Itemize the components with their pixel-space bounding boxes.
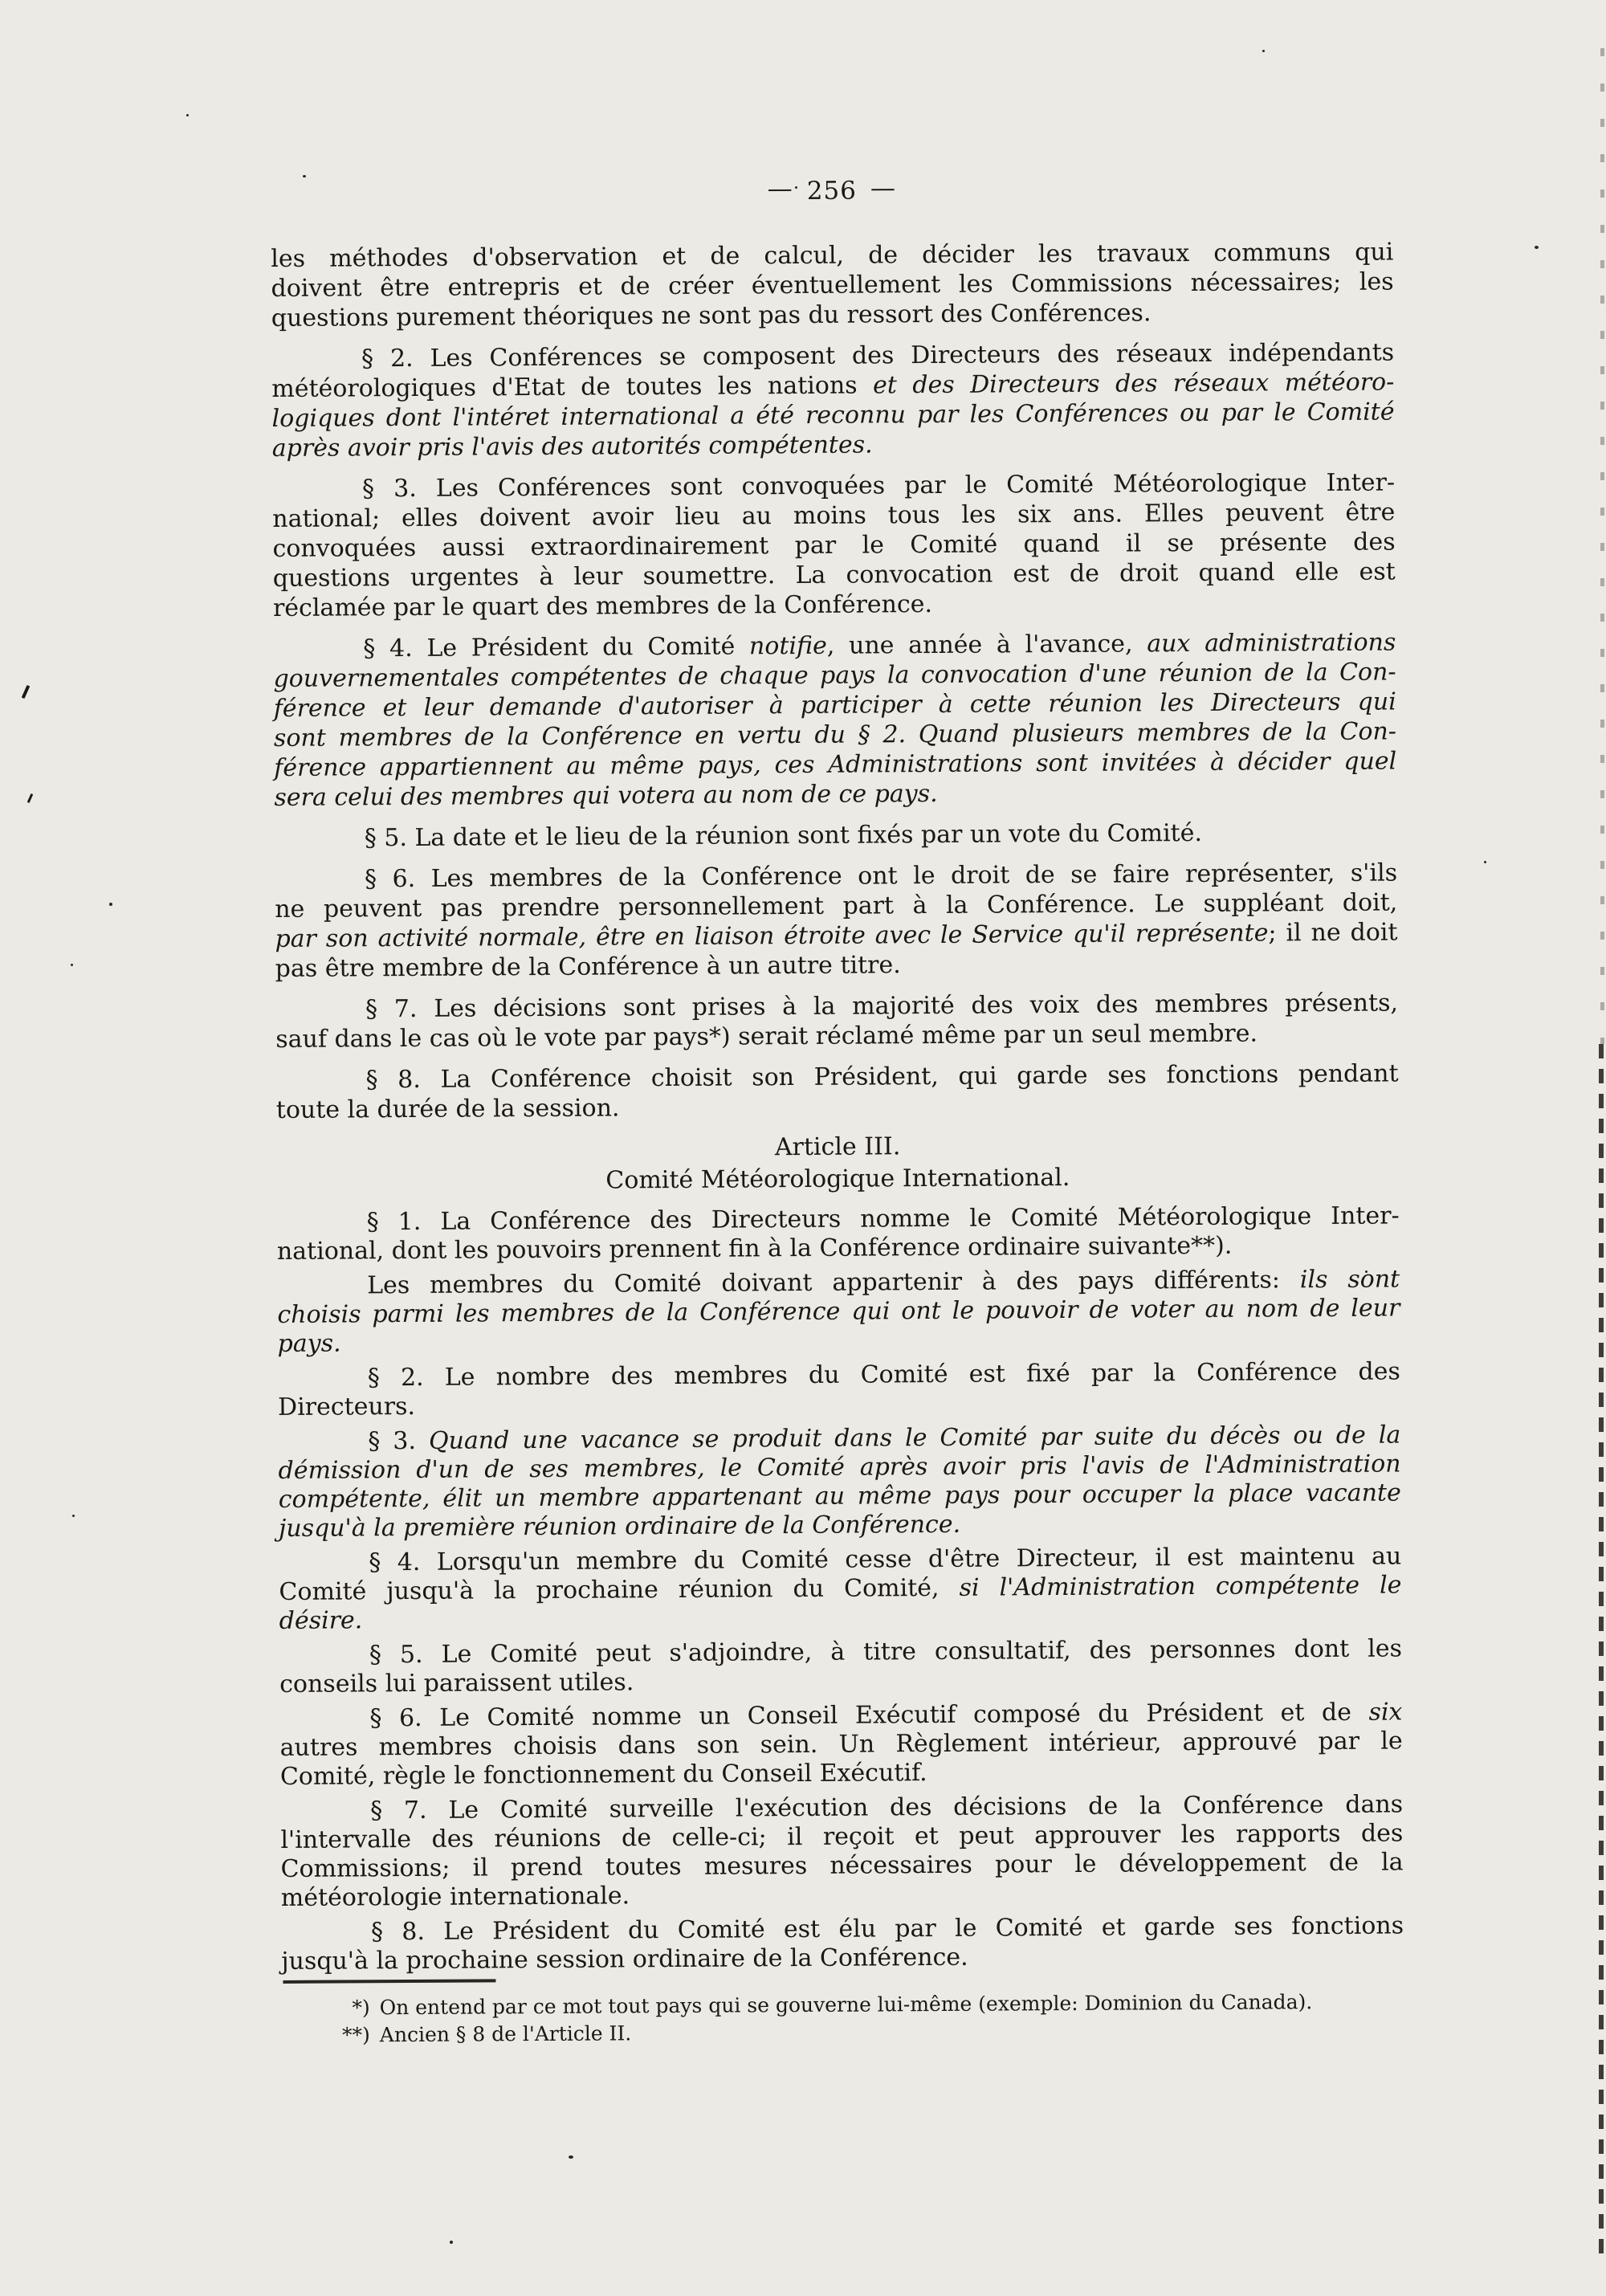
paragraph-art2-s6: § 6. Les membres de la Conférence ont le… — [275, 858, 1398, 984]
roman-text-run: toute la durée de la session. — [276, 1094, 620, 1124]
roman-text-run: § 8. La Conférence choisit son Président… — [365, 1059, 1398, 1094]
italic-text-run: Quand une vacance se produit dans le Com… — [429, 1421, 1401, 1454]
page-skew-wrapper: —256— les méthodes d'observation et de c… — [0, 0, 1606, 2296]
scan-speck — [1484, 861, 1486, 863]
text-line: jusqu'à la prochaine session ordinaire d… — [281, 1940, 1404, 1976]
document-body: les méthodes d'observation et de calcul,… — [271, 237, 1404, 1981]
text-line: toute la durée de la session. — [276, 1088, 1399, 1125]
scan-speck — [303, 175, 306, 177]
paragraph-art2-s2: § 2. Les Conférences se composent des Di… — [271, 337, 1395, 463]
paragraph-art3-s4: § 4. Lorsqu'un membre du Comité cesse d'… — [279, 1542, 1402, 1636]
roman-text-run: § 8. Le Président du Comité est élu par … — [371, 1911, 1404, 1946]
roman-text-run: § 5. La date et le lieu de la réunion so… — [365, 819, 1202, 852]
paragraph-art3-s6: § 6. Le Comité nomme un Conseil Exécutif… — [279, 1698, 1403, 1792]
scan-speck — [72, 1515, 75, 1517]
roman-text-run: sauf dans le cas où le vote par pays*) s… — [275, 1020, 1257, 1054]
text-line: après avoir pris l'avis des autorités co… — [272, 426, 1395, 463]
roman-text-run: Comité, règle le fonctionnement du Conse… — [280, 1759, 927, 1791]
italic-text-run: jusqu'à la première réunion ordinaire de… — [279, 1511, 960, 1543]
text-line: questions purement théoriques ne sont pa… — [271, 296, 1394, 333]
roman-text-run: autres membres choisis dans son sein. Un… — [280, 1727, 1403, 1762]
footnote-text: Ancien § 8 de l'Article II. — [380, 2021, 632, 2046]
italic-text-run: désire. — [279, 1606, 363, 1635]
roman-text-run: ; il ne doit — [1268, 918, 1397, 947]
article-heading: Article III.Comité Météorologique Intern… — [276, 1129, 1399, 1197]
page-number-dash-right: — — [870, 173, 896, 202]
text-line: sera celui des membres qui votera au nom… — [274, 776, 1396, 813]
article-title: Article III. — [276, 1129, 1399, 1165]
paragraph-art2-s5: § 5. La date et le lieu de la réunion so… — [275, 817, 1397, 854]
paragraph-art3-s3: § 3. Quand une vacance se produit dans l… — [278, 1421, 1401, 1544]
roman-text-run: § 4. Le Président du Comité — [363, 632, 749, 663]
italic-text-run: si l'Administration compétente le — [959, 1571, 1401, 1601]
italic-text-run: férence appartiennent au même pays, ces … — [274, 747, 1396, 782]
paragraph-art2-s3: § 3. Les Conférences sont convoquées par… — [272, 467, 1396, 623]
paragraph-art2-s8: § 8. La Conférence choisit son Président… — [275, 1058, 1398, 1125]
roman-text-run: § 3. — [368, 1427, 429, 1455]
roman-text-run: météorologiques d'Etat de toutes les nat… — [271, 371, 873, 403]
paragraph-art3-s1: § 1. La Conférence des Directeurs nomme … — [277, 1201, 1400, 1266]
italic-text-run: aux administrations — [1147, 628, 1396, 658]
paragraph-art2-continuation: les méthodes d'observation et de calcul,… — [271, 237, 1394, 333]
paragraph-art3-s2: § 2. Le nombre des membres du Comité est… — [278, 1357, 1400, 1422]
page-number-dash-left: — — [768, 174, 793, 203]
paragraph-art3-s8: § 8. Le Président du Comité est élu par … — [281, 1911, 1404, 1976]
text-line: sauf dans le cas où le vote par pays*) s… — [275, 1017, 1398, 1054]
italic-text-run: sera celui des membres qui votera au nom… — [274, 780, 937, 812]
scan-speck — [186, 114, 189, 116]
paragraph-art3-s1-membres: Les membres du Comité doivant appartenir… — [277, 1265, 1400, 1359]
paragraph-art2-s7: § 7. Les décisions sont prises à la majo… — [275, 988, 1398, 1054]
roman-text-run: § 2. Le nombre des membres du Comité est… — [368, 1357, 1400, 1392]
footnote: **)Ancien § 8 de l'Article II. — [282, 2015, 1404, 2049]
text-line: météorologie internationale. — [281, 1877, 1404, 1913]
footnote-list: *)On entend par ce mot tout pays qui se … — [282, 1988, 1404, 2049]
text-line: réclamée par le quart des membres de la … — [273, 586, 1396, 623]
italic-text-run: logiques dont l'intéret international a … — [271, 398, 1394, 433]
paragraph-art3-s7: § 7. Le Comité surveille l'exécution des… — [280, 1790, 1404, 1913]
roman-text-run: Commissions; il prend toutes mesures néc… — [280, 1848, 1403, 1883]
roman-text-run: météorologie internationale. — [281, 1882, 630, 1912]
scan-artifact-right-edge-lower — [1599, 1044, 1604, 2257]
scan-speck — [109, 903, 112, 906]
text-line: Comité, règle le fonctionnement du Conse… — [280, 1756, 1403, 1792]
roman-text-run: questions urgentes à leur soumettre. La … — [273, 557, 1396, 593]
article-subtitle: Comité Météorologique International. — [276, 1161, 1399, 1197]
text-line: national, dont les pouvoirs prennent fin… — [277, 1230, 1400, 1266]
italic-text-run: ils sont — [1300, 1265, 1400, 1294]
italic-text-run: pays. — [277, 1330, 340, 1358]
text-line: jusqu'à la première réunion ordinaire de… — [279, 1507, 1401, 1544]
footnote-text: On entend par ce mot tout pays qui se go… — [380, 1990, 1313, 2019]
scan-artifact-right-edge-upper — [1600, 48, 1604, 1044]
paragraph-art2-s4: § 4. Le Président du Comité notifie, une… — [273, 627, 1396, 813]
text-line: conseils lui paraissent utiles. — [279, 1663, 1402, 1699]
roman-text-run: § 5. Le Comité peut s'adjoindre, à titre… — [369, 1634, 1402, 1669]
roman-text-run: Les membres du Comité doivant appartenir… — [367, 1266, 1300, 1299]
roman-text-run: questions purement théoriques ne sont pa… — [271, 299, 1152, 332]
footnote-marker: *) — [332, 1994, 370, 2021]
page-number: —256— — [271, 173, 1393, 209]
text-line: pas être membre de la Conférence à un au… — [275, 947, 1398, 984]
footnote-marker: **) — [332, 2021, 370, 2049]
roman-text-run: réclamée par le quart des membres de la … — [273, 590, 932, 622]
footnotes-section: *)On entend par ce mot tout pays qui se … — [281, 1973, 1404, 2049]
page-number-value: 256 — [807, 177, 857, 206]
italic-text-run: après avoir pris l'avis des autorités co… — [272, 430, 873, 463]
roman-text-run: Directeurs. — [278, 1393, 415, 1421]
italic-text-run: par son activité normale, être en liaiso… — [275, 919, 1268, 953]
footnote-rule — [283, 1979, 495, 1984]
italic-text-run: notifie — [749, 632, 827, 661]
roman-text-run: Comité jusqu'à la prochaine réunion du C… — [279, 1574, 959, 1606]
italic-text-run: six — [1368, 1698, 1402, 1726]
scan-speck — [1365, 1270, 1368, 1273]
scan-speck — [450, 2241, 453, 2244]
italic-text-run: choisis parmi les membres de la Conféren… — [277, 1294, 1400, 1329]
roman-text-run: , une année à l'avance, — [827, 630, 1147, 659]
text-line: § 5. La date et le lieu de la réunion so… — [275, 817, 1397, 854]
scan-speck — [71, 964, 73, 966]
scanned-page: —256— les méthodes d'observation et de c… — [0, 0, 1606, 2296]
italic-text-run: et des Directeurs des réseaux météoro- — [873, 368, 1394, 399]
scan-speck — [795, 186, 797, 189]
roman-text-run: jusqu'à la prochaine session ordinaire d… — [281, 1943, 968, 1976]
scan-speck — [1262, 50, 1265, 52]
paragraph-art3-s5: § 5. Le Comité peut s'adjoindre, à titre… — [279, 1634, 1402, 1699]
roman-text-run: doivent être entrepris et de créer évent… — [271, 267, 1393, 303]
roman-text-run: pas être membre de la Conférence à un au… — [275, 951, 901, 983]
scan-speck — [569, 2155, 573, 2159]
scan-speck — [1535, 246, 1539, 249]
roman-text-run: § 1. La Conférence des Directeurs nomme … — [367, 1201, 1400, 1236]
italic-text-run: compétente, élit un membre appartenant a… — [279, 1478, 1401, 1514]
roman-text-run: conseils lui paraissent utiles. — [279, 1668, 634, 1699]
roman-text-run: national, dont les pouvoirs prennent fin… — [277, 1232, 1233, 1266]
